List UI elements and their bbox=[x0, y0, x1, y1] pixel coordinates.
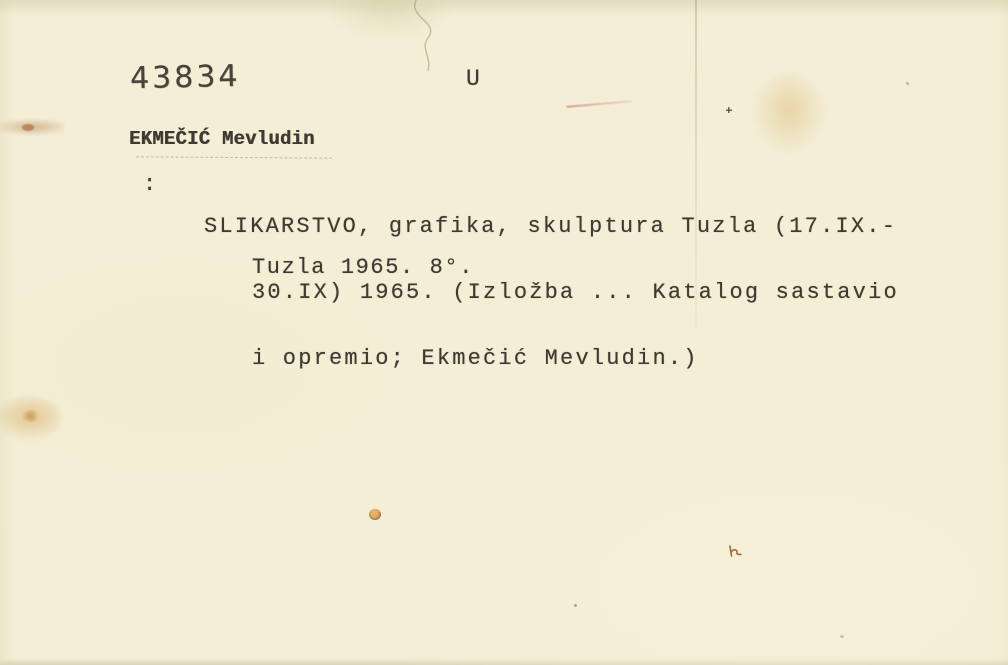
heading-underline bbox=[136, 156, 332, 158]
entry-body: SLIKARSTVO, grafika, skulptura Tuzla (17… bbox=[204, 172, 934, 414]
dust-speck bbox=[574, 604, 577, 607]
entry-line: SLIKARSTVO, grafika, skulptura Tuzla (17… bbox=[204, 216, 934, 238]
catalog-card: 43834 U EKMEČIĆ Mevludin : SLIKARSTVO, g… bbox=[0, 0, 1008, 665]
call-number: 43834 bbox=[130, 59, 241, 96]
entry-separator: : bbox=[143, 172, 158, 197]
smudge-left-edge bbox=[0, 118, 64, 136]
fiber-mark bbox=[378, 0, 458, 80]
author-heading: EKMEČIĆ Mevludin bbox=[129, 128, 315, 150]
brown-speck bbox=[369, 509, 381, 520]
stain-left-middle bbox=[0, 396, 62, 442]
plus-speck bbox=[726, 107, 732, 113]
entry-line: 30.IX) 1965. (Izložba ... Katalog sastav… bbox=[204, 282, 934, 304]
stain-top-right bbox=[752, 74, 826, 154]
red-scratch-mark bbox=[566, 100, 632, 108]
stain-left-middle-core bbox=[22, 410, 39, 422]
ink-squiggle-mark bbox=[727, 545, 745, 561]
smudge-left-edge-core bbox=[22, 124, 34, 131]
classification-letter: U bbox=[466, 66, 480, 92]
stain-top-center bbox=[325, 0, 455, 40]
imprint-line: Tuzla 1965. 8°. bbox=[252, 255, 474, 280]
dust-speck bbox=[906, 82, 909, 85]
dust-speck bbox=[840, 635, 844, 638]
entry-line: i opremio; Ekmečić Mevludin.) bbox=[204, 348, 934, 370]
